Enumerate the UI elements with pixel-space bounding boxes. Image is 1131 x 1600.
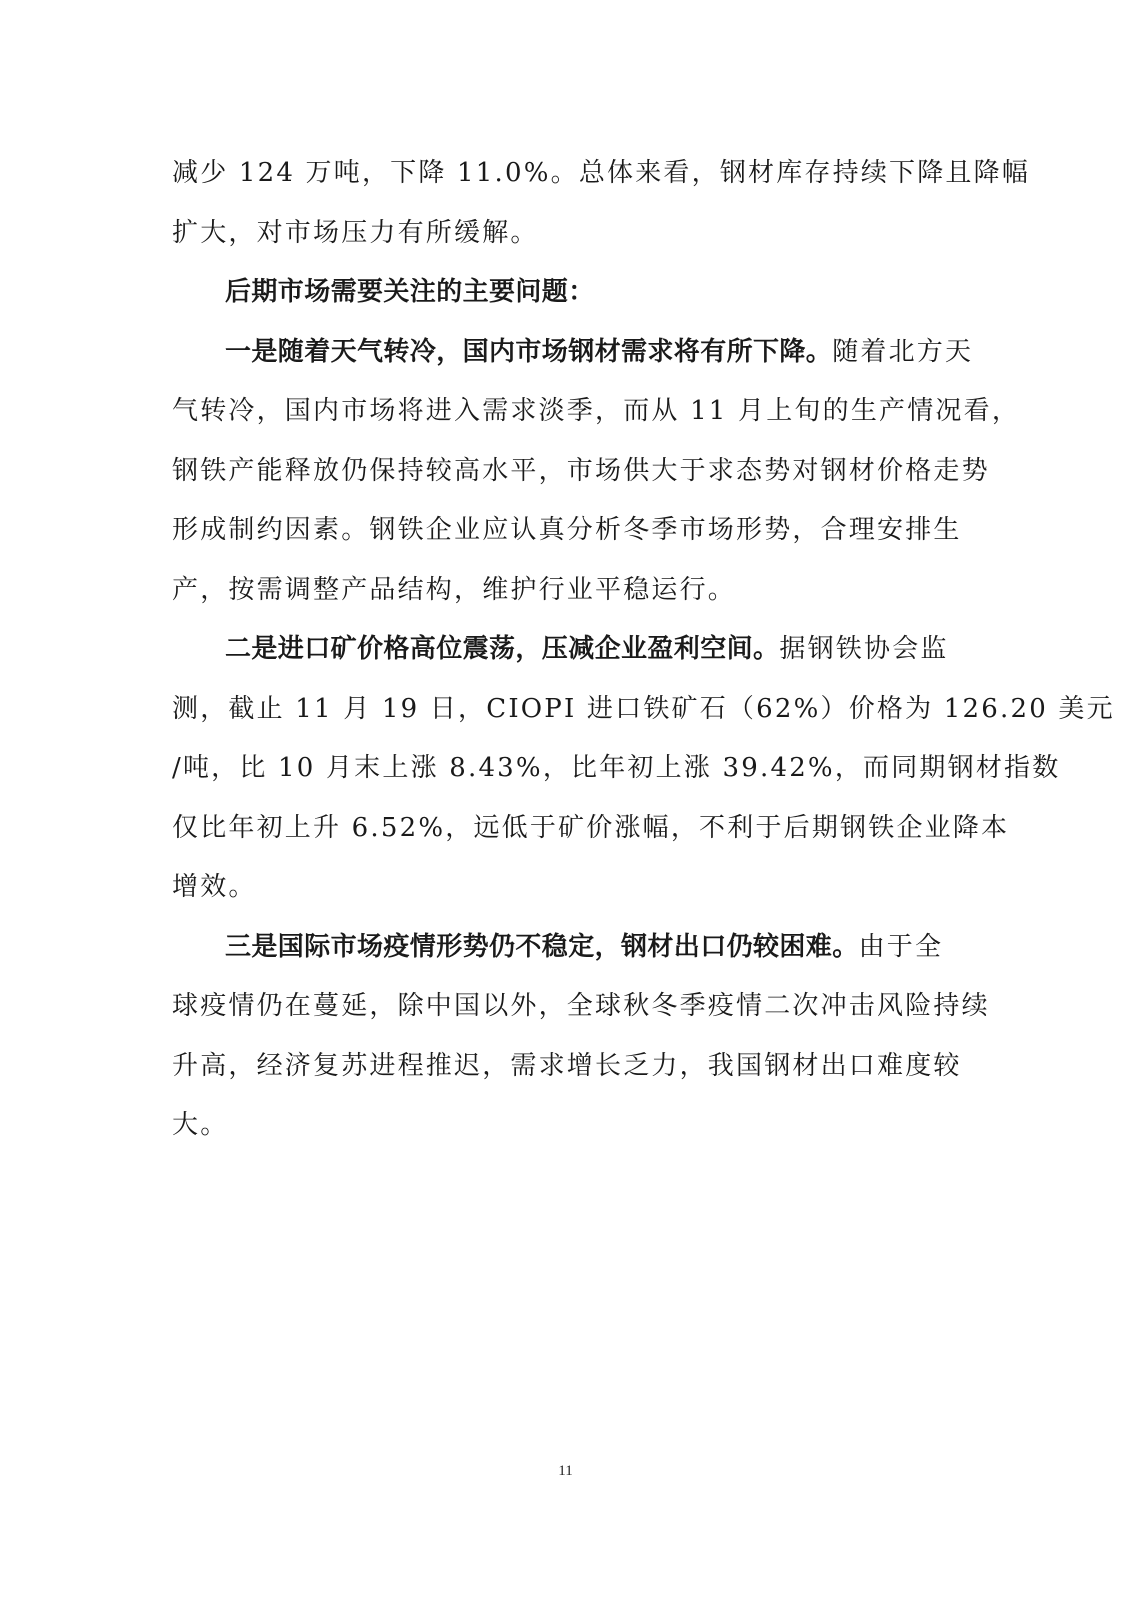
line-text: 钢铁产能释放仍保持较高水平，市场供大于求态势对钢材价格走势 [172, 456, 990, 486]
paragraph-line: 测，截止 11 月 19 日，CIOPI 进口铁矿石（62%）价格为 126.2… [172, 687, 962, 747]
line-text: 形成制约因素。钢铁企业应认真分析冬季市场形势，合理安排生 [172, 515, 962, 545]
line-text: 减少 124 万吨，下降 11.0%。总体来看，钢材库存持续下降且降幅 [172, 158, 1030, 188]
paragraph-line: 一是随着天气转冷，国内市场钢材需求将有所下降。随着北方天 [172, 330, 962, 390]
paragraph-line: 三是国际市场疫情形势仍不稳定，钢材出口仍较困难。由于全 [172, 925, 962, 985]
issue-two-title: 二是进口矿价格高位震荡，压减企业盈利空间。 [225, 634, 779, 664]
paragraph-line: 减少 124 万吨，下降 11.0%。总体来看，钢材库存持续下降且降幅 [172, 151, 962, 211]
paragraph-line: 二是进口矿价格高位震荡，压减企业盈利空间。据钢铁协会监 [172, 627, 962, 687]
line-text: 据钢铁协会监 [779, 634, 948, 664]
paragraph-line: /吨，比 10 月末上涨 8.43%，比年初上涨 39.42%，而同期钢材指数 [172, 746, 962, 806]
line-text: 仅比年初上升 6.52%，远低于矿价涨幅，不利于后期钢铁企业降本 [172, 813, 1009, 843]
paragraph-line: 升高，经济复苏进程推迟，需求增长乏力，我国钢材出口难度较 [172, 1044, 962, 1104]
paragraph-line: 产，按需调整产品结构，维护行业平稳运行。 [172, 568, 962, 628]
issue-three-title: 三是国际市场疫情形势仍不稳定，钢材出口仍较困难。 [225, 932, 859, 962]
line-text: 产，按需调整产品结构，维护行业平稳运行。 [172, 575, 736, 605]
heading-text: 后期市场需要关注的主要问题： [225, 277, 595, 307]
line-text: /吨，比 10 月末上涨 8.43%，比年初上涨 39.42%，而同期钢材指数 [172, 753, 1060, 783]
section-heading: 后期市场需要关注的主要问题： [172, 270, 962, 330]
paragraph-line: 钢铁产能释放仍保持较高水平，市场供大于求态势对钢材价格走势 [172, 449, 962, 509]
line-text: 大。 [172, 1110, 228, 1140]
document-body: 减少 124 万吨，下降 11.0%。总体来看，钢材库存持续下降且降幅 扩大，对… [172, 151, 962, 1163]
paragraph-line: 增效。 [172, 865, 962, 925]
paragraph-line: 气转冷，国内市场将进入需求淡季，而从 11 月上旬的生产情况看， [172, 389, 962, 449]
paragraph-line: 大。 [172, 1103, 962, 1163]
paragraph-line: 形成制约因素。钢铁企业应认真分析冬季市场形势，合理安排生 [172, 508, 962, 568]
line-text: 气转冷，国内市场将进入需求淡季，而从 11 月上旬的生产情况看， [172, 396, 1020, 426]
line-text: 增效。 [172, 872, 257, 902]
paragraph-line: 球疫情仍在蔓延，除中国以外，全球秋冬季疫情二次冲击风险持续 [172, 984, 962, 1044]
line-text: 随着北方天 [832, 337, 973, 367]
line-text: 升高，经济复苏进程推迟，需求增长乏力，我国钢材出口难度较 [172, 1051, 962, 1081]
page-number: 11 [0, 1463, 1131, 1480]
issue-one-title: 一是随着天气转冷，国内市场钢材需求将有所下降。 [225, 337, 832, 367]
line-text: 由于全 [859, 932, 944, 962]
line-text: 测，截止 11 月 19 日，CIOPI 进口铁矿石（62%）价格为 126.2… [172, 694, 1115, 724]
line-text: 球疫情仍在蔓延，除中国以外，全球秋冬季疫情二次冲击风险持续 [172, 991, 990, 1021]
paragraph-line: 扩大，对市场压力有所缓解。 [172, 211, 962, 271]
line-text: 扩大，对市场压力有所缓解。 [172, 218, 539, 248]
paragraph-line: 仅比年初上升 6.52%，远低于矿价涨幅，不利于后期钢铁企业降本 [172, 806, 962, 866]
